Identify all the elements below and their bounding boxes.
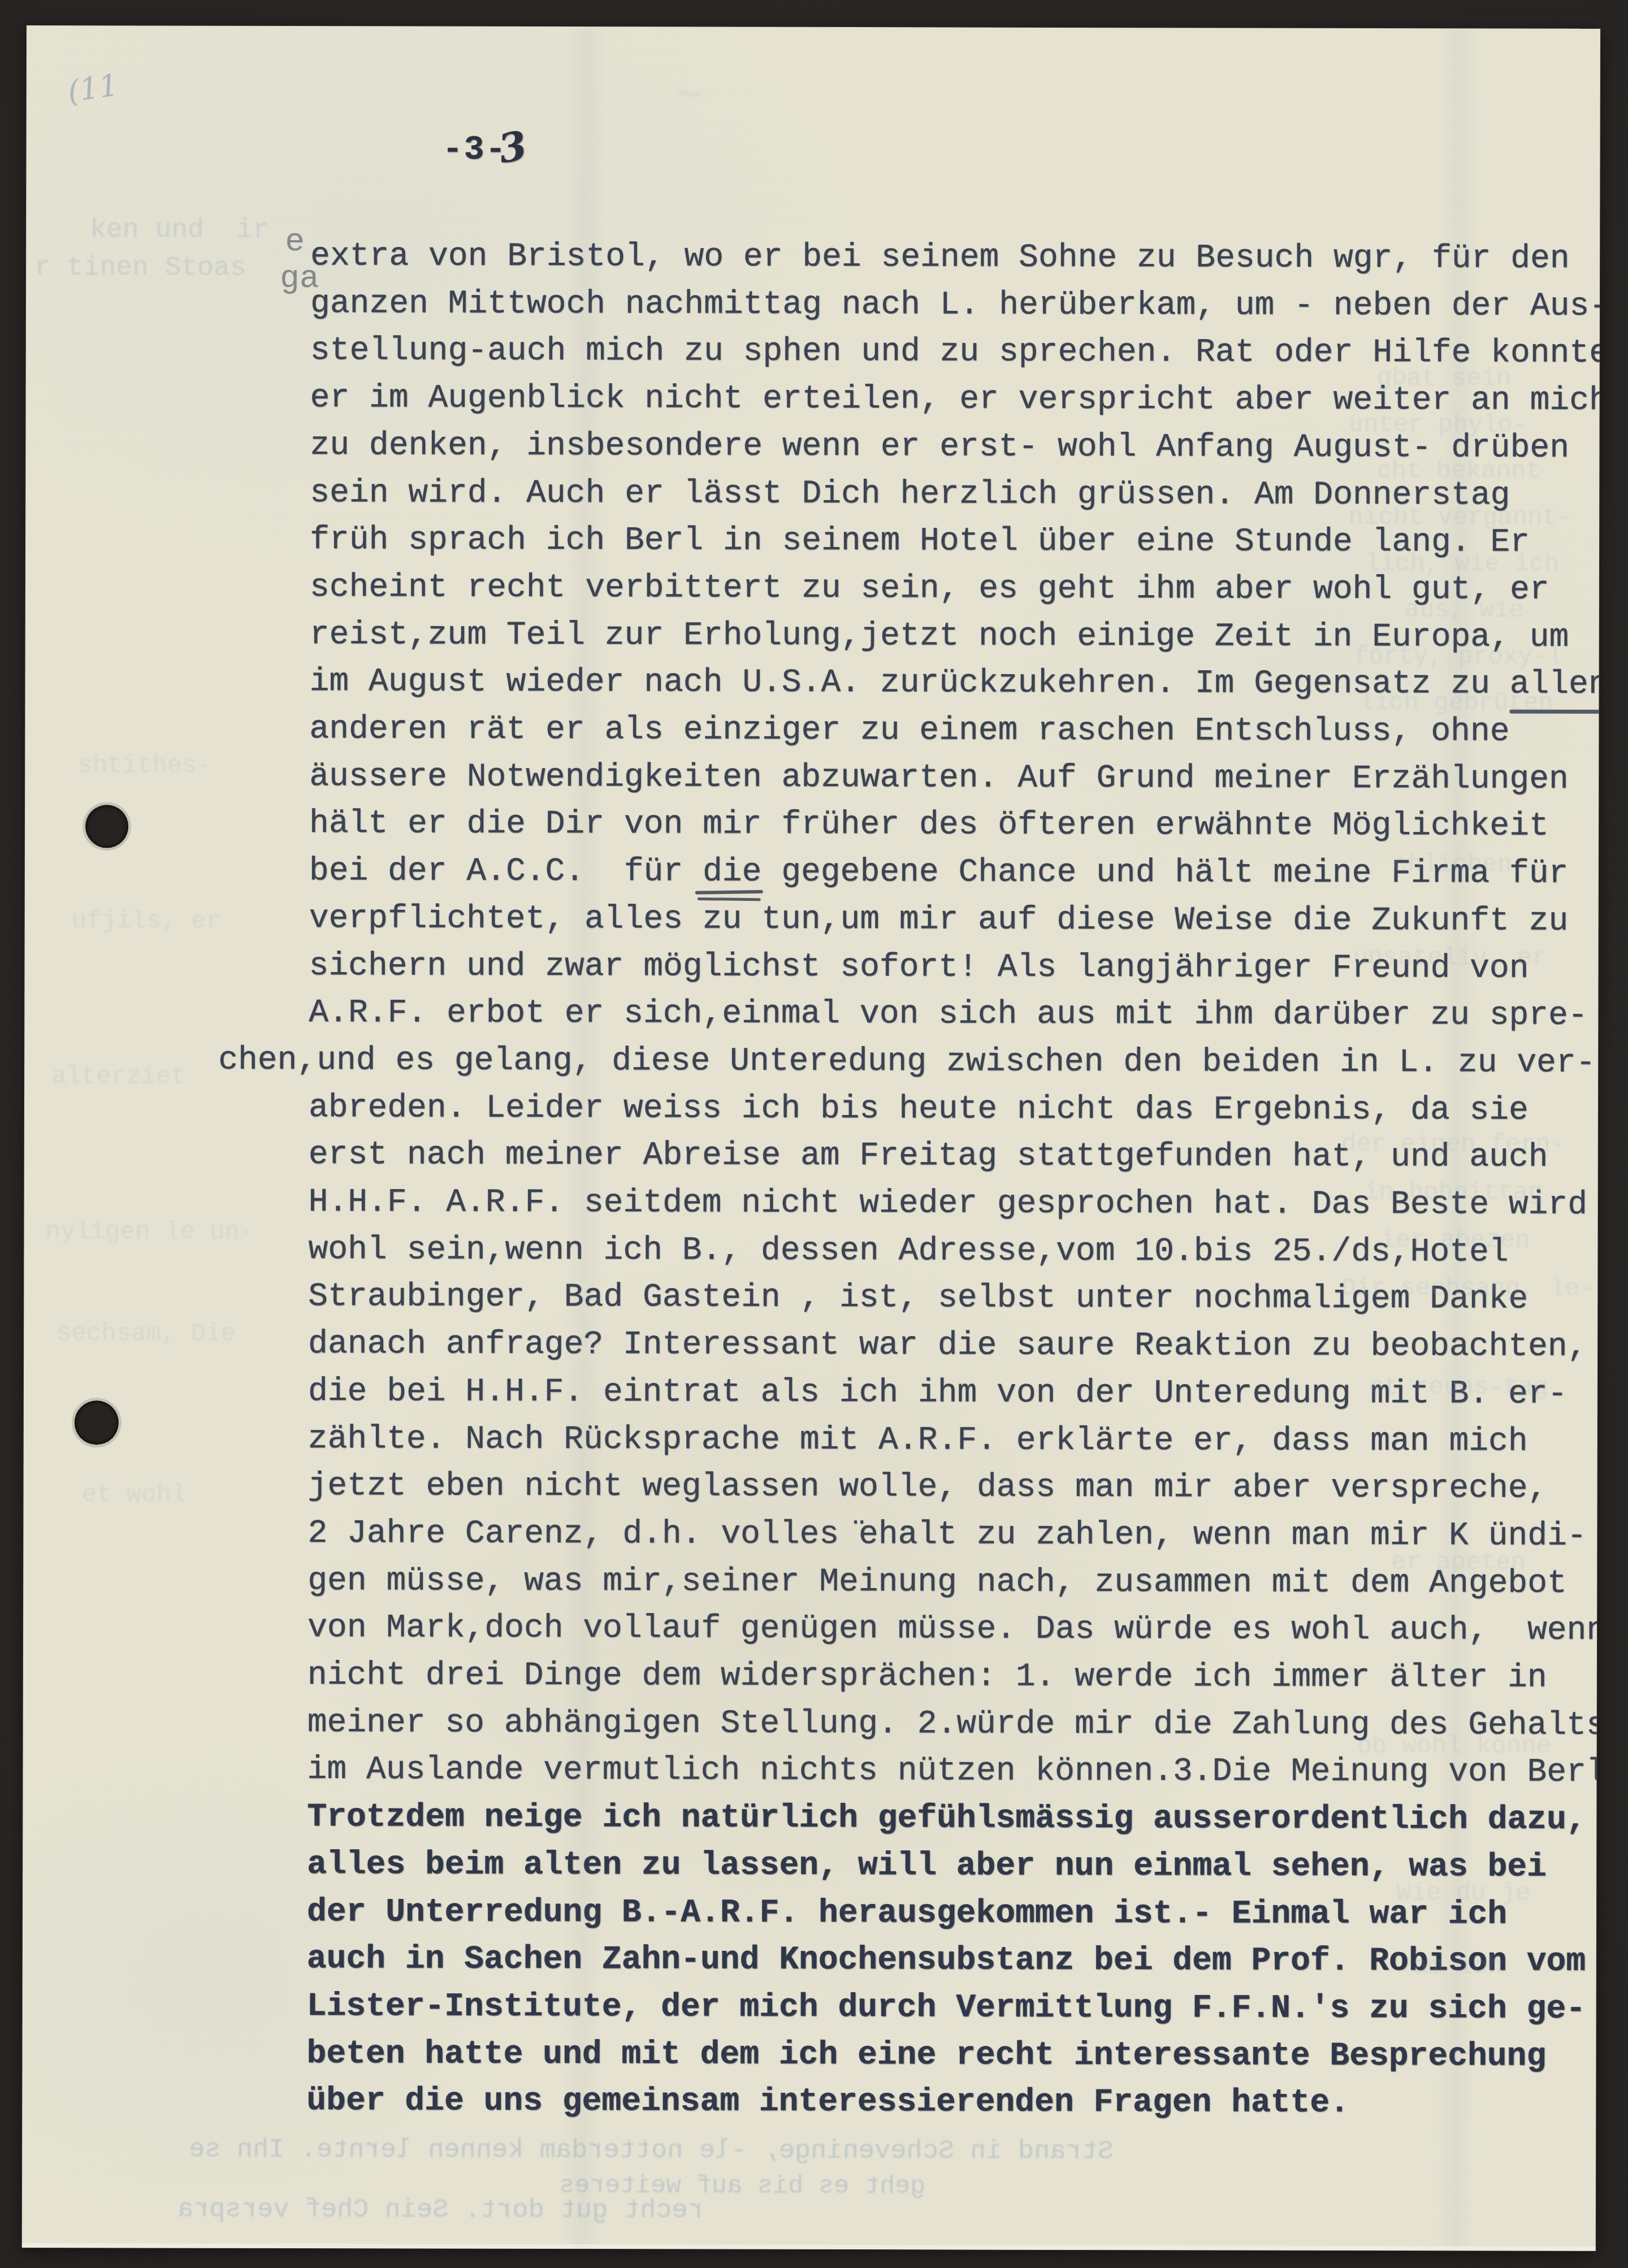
typed-line: auch in Sachen Zahn-und Knochensubstanz … [307,1943,1586,1979]
ghost-text: nicht vergannt- [1348,504,1572,532]
stray-ink-mark: e [285,224,305,261]
punch-hole [85,805,128,848]
typed-line: extra von Bristol, wo er bei seinem Sohn… [310,240,1570,276]
ghost-text: chlichen [1393,851,1512,879]
typed-line: A.R.F. erbot er sich,einmal von sich aus… [309,997,1587,1033]
punch-hole [75,1400,119,1445]
typed-line: früh sprach ich Berl in seinem Hotel übe… [310,524,1530,560]
ghost-text: ufjils, er [72,907,221,936]
ghost-text: recht gut dort. Sein Chef verspra [177,2195,704,2226]
typed-line: anderen rät er als einziger zu einem ras… [309,713,1509,748]
document-scan: (11 ~ -3- 3 extra von Bristol, wo er bei… [0,0,1628,2268]
typed-line: von Mark,doch vollauf genügen müsse. Das… [308,1612,1600,1647]
typed-line: hält er die Dir von mir früher des öfter… [309,808,1549,843]
typed-line: scheint recht verbittert zu sein, es geh… [310,571,1549,607]
ghost-text: lich, wie ich [1365,550,1559,579]
ghost-text: cht bekannt [1376,457,1541,486]
typed-line: 2 Jahre Carenz, d.h. volles ̈ehalt zu za… [308,1517,1586,1553]
stray-ink-mark: ga [280,261,319,297]
ghost-text: am ich [1413,1953,1503,1981]
ghost-text: der eigen fern- [1341,1130,1565,1159]
ghost-text: nyligen le un- [45,1218,254,1247]
typed-line: gen müsse, was mir,seiner Meinung nach, … [308,1565,1567,1601]
ghost-text: er apeten [1391,1549,1526,1577]
ghost-text: Strand in Scheveninge, -le notterdam ken… [189,2135,1114,2167]
ghost-text: ier abezen [1380,1226,1530,1255]
typed-line: der Unterredung B.-A.R.F. herausgekommen… [307,1896,1507,1931]
typed-line: sichern und zwar möglichst sofort! Als l… [309,950,1529,986]
typed-line: abreden. Leider weiss ich bis heute nich… [309,1092,1529,1128]
typed-line: Lister-Institute, der mich durch Vermitt… [307,1991,1586,2026]
typed-line: beten hatte und mit dem ich eine recht i… [306,2038,1546,2074]
ghost-text: et wohl [82,1481,187,1509]
typed-line: alles beim alten zu lassen, will aber nu… [307,1849,1547,1884]
decor-layer: ega [27,25,1600,29]
ghost-text: Wie du je [1396,1879,1531,1907]
ghost-text: ob wohl könne [1357,1732,1551,1761]
typed-line: äussere Notwendigkeiten abzuwarten. Auf … [309,761,1569,796]
ghost-text: alterziet [51,1063,186,1091]
ghost-text-layer: ken und irr tinen StoasStrand in Scheven… [27,25,1600,29]
ghost-text: r tinen Stoas [34,253,246,284]
ghost-text: sechsam, Die [57,1320,236,1348]
ghost-text: ken und ir [90,215,269,246]
typed-line: Trotzdem neige ich natürlich gefühlsmäss… [307,1801,1586,1837]
typed-line: über die uns gemeinsam interessierenden … [306,2085,1349,2120]
ghost-text: forty, proxy-l [1354,643,1563,671]
typed-line: chen,und es gelang, diese Unteredung zwi… [218,1044,1596,1080]
ghost-text: Dir sechsang, le- [1341,1274,1595,1303]
typed-line: zählte. Nach Rücksprache mit A.R.F. erkl… [308,1423,1528,1459]
typed-line: nicht drei Dinge dem widersprächen: 1. w… [308,1659,1547,1695]
typed-line: danach anfrage? Interessant war die saur… [308,1328,1587,1364]
typed-line: verpflichtet, alles zu tun,um mir auf di… [309,903,1569,938]
typed-line: sein wird. Auch er lässt Dich herzlich g… [310,477,1510,512]
typed-line: wohl sein,wenn ich B., dessen Adresse,vo… [308,1234,1508,1269]
typed-text-block: extra von Bristol, wo er bei seinem Sohn… [27,25,1600,29]
typed-line: jetzt eben nicht weglassen wolle, dass m… [308,1470,1548,1506]
pencil-scribble: ~ [677,72,703,122]
ghost-text: shtithes- [77,752,212,780]
paper: (11 ~ -3- 3 extra von Bristol, wo er bei… [22,25,1600,2251]
typed-line: bei der A.C.C. für die gegebene Chance u… [309,855,1569,891]
ghost-text: in bohnittag [1364,1178,1543,1207]
typed-underline [698,897,761,901]
scan-streak [562,27,606,2249]
ghost-text: gbat sein [1377,365,1512,393]
ghost-text: aus, wie [1405,596,1524,625]
pencil-corner-mark: (11 [66,67,121,110]
ghost-text: et reuns-tag [1369,1373,1548,1402]
typed-underline [695,890,763,895]
ghost-text: unter phylo- [1348,411,1527,440]
ghost-text: unsateliv, er [1353,944,1547,973]
typed-line: ganzen Mittwoch nachmittag nach L. herüb… [310,288,1600,323]
ghost-text: lich gebrüten [1359,689,1553,718]
